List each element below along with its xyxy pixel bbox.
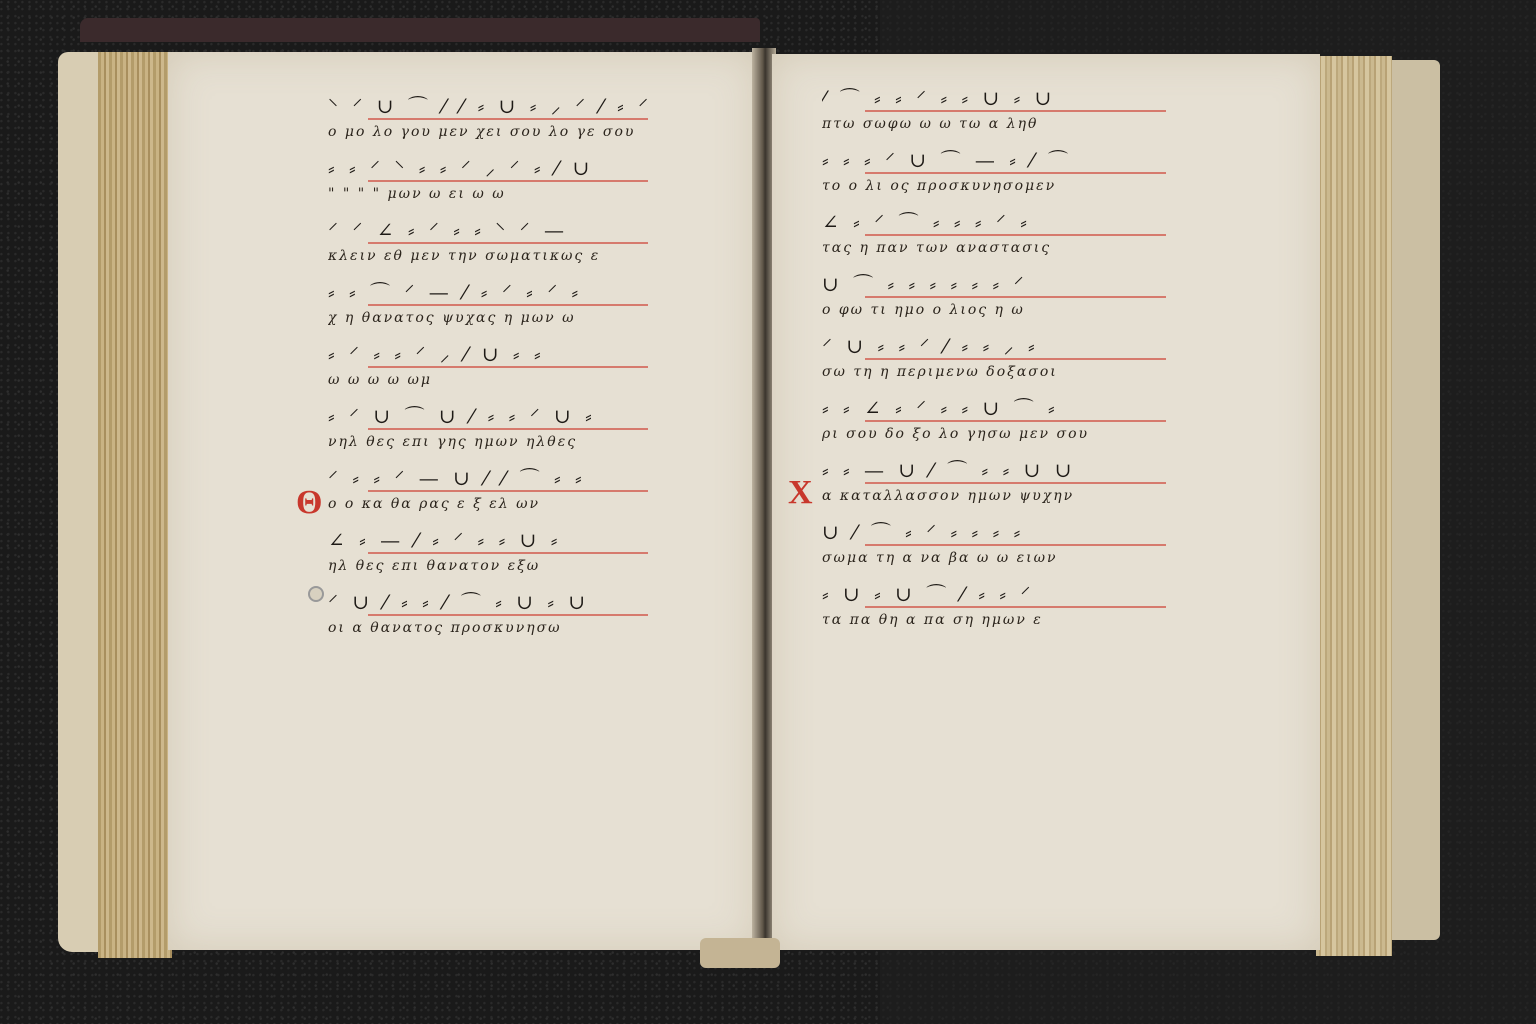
neume-line: ⸗ ⸗ ∠ ⸗ ⸍ ⸗ ⸗ ∪ ⌒ ⸗ xyxy=(822,394,1252,422)
text-line: ρι σου δο ξο λο γησω μεν σου xyxy=(822,422,1252,450)
text-line: σω τη η περιμενω δοξασοι xyxy=(822,360,1252,388)
neume-line: ∠ ⸗ ⸍ ⌒ ⸗ ⸗ ⸗ ⸍ ⸗ xyxy=(822,208,1252,236)
text-line: οι α θανατος προσκυνησω xyxy=(328,616,728,644)
red-initial-letter: Θ xyxy=(296,484,322,522)
neume-line: ∠ ⸗ — ⁄ ⸗ ⸍ ⸗ ⸗ ∪ ⸗ xyxy=(328,526,728,554)
neume-line: ⁄ ⌒ ⸗ ⸗ ⸍ ⸗ ⸗ ∪ ⸗ ∪ xyxy=(822,84,1252,112)
text-line: " " " " μων ω ει ω ω xyxy=(328,182,728,210)
text-line: ο φω τι ημο ο λιος η ω xyxy=(822,298,1252,326)
right-page-lines: ⁄ ⌒ ⸗ ⸗ ⸍ ⸗ ⸗ ∪ ⸗ ∪ πτω σωφω ω ω τω α λη… xyxy=(822,84,1252,642)
neume-line: ⸗ ⸍ ⸗ ⸗ ⸍ ⸝ ⁄ ∪ ⸗ ⸗ xyxy=(328,340,728,368)
book-cover-top xyxy=(80,18,760,42)
text-line: κλειν εθ μεν την σωματικως ε xyxy=(328,244,728,272)
neume-line: ⸍ ⸗ ⸗ ⸍ — ∪ ⁄ ⁄ ⌒ ⸗ ⸗ xyxy=(328,464,728,492)
neume-line: ⸍ ∪ ⸗ ⸗ ⸍ ⁄ ⸗ ⸗ ⸝ ⸗ xyxy=(822,332,1252,360)
neume-line: ⸗ ⸗ ⌒ ⸍ — ⁄ ⸗ ⸍ ⸗ ⸍ ⸗ xyxy=(328,278,728,306)
neume-line: ∪ ⌒ ⸗ ⸗ ⸗ ⸗ ⸗ ⸗ ⸍ xyxy=(822,270,1252,298)
neume-line: ⸗ ⸍ ∪ ⌒ ∪ ⁄ ⸗ ⸗ ⸍ ∪ ⸗ xyxy=(328,402,728,430)
neume-line: ⸍ ⸍ ∠ ⸗ ⸍ ⸗ ⸗ ⸌ ⸍ — xyxy=(328,216,728,244)
neume-line: ⸗ ⸗ — ∪ ⁄ ⌒ ⸗ ⸗ ∪ ∪ xyxy=(822,456,1252,484)
text-line: το ο λι ος προσκυνησομεν xyxy=(822,174,1252,202)
text-line: ο ο κα θα ρας ε ξ ελ ων xyxy=(328,492,728,520)
left-page-edges xyxy=(98,52,172,958)
text-line: ο μο λο γου μεν χει σου λο γε σου xyxy=(328,120,728,148)
left-page-lines: ⸌ ⸍ ∪ ⌒ ⁄ ⁄ ⸗ ∪ ⸗ ⸝ ⸍ ⁄ ⸗ ⸍ ο μο λο γου … xyxy=(328,92,728,650)
left-page: Θ ⸌ ⸍ ∪ ⌒ ⁄ ⁄ ⸗ ∪ ⸗ ⸝ ⸍ ⁄ ⸗ ⸍ ο μο λο γο… xyxy=(168,52,756,950)
text-line: σωμα τη α να βα ω ω ειων xyxy=(822,546,1252,574)
text-line: τα πα θη α πα ση ημων ε xyxy=(822,608,1252,636)
text-line: πτω σωφω ω ω τω α ληθ xyxy=(822,112,1252,140)
neume-line: ⸗ ⸗ ⸗ ⸍ ∪ ⌒ — ⸗ ⁄ ⌒ xyxy=(822,146,1252,174)
book-headband xyxy=(700,938,780,968)
text-line: α καταλλασσον ημων ψυχην xyxy=(822,484,1252,512)
neume-line: ⸗ ∪ ⸗ ∪ ⌒ ⁄ ⸗ ⸗ ⸍ xyxy=(822,580,1252,608)
text-line: τας η παν των αναστασις xyxy=(822,236,1252,264)
text-line: ω ω ω ω ωμ xyxy=(328,368,728,396)
red-initial-letter: Χ xyxy=(788,474,813,512)
right-page-edges xyxy=(1316,56,1392,956)
neume-line: ∪ ⁄ ⌒ ⸗ ⸍ ⸗ ⸗ ⸗ ⸗ xyxy=(822,518,1252,546)
neume-line: ⸌ ⸍ ∪ ⌒ ⁄ ⁄ ⸗ ∪ ⸗ ⸝ ⸍ ⁄ ⸗ ⸍ xyxy=(328,92,728,120)
text-line: χ η θανατος ψυχας η μων ω xyxy=(328,306,728,334)
neume-line: ⸍ ∪ ⁄ ⸗ ⸗ ⁄ ⌒ ⸗ ∪ ⸗ ∪ xyxy=(328,588,728,616)
right-page: Χ ⁄ ⌒ ⸗ ⸗ ⸍ ⸗ ⸗ ∪ ⸗ ∪ πτω σωφω ω ω τω α … xyxy=(772,54,1320,950)
margin-hole xyxy=(308,586,324,602)
text-line: ηλ θες επι θανατον εξω xyxy=(328,554,728,582)
text-line: νηλ θες επι γης ημων ηλθες xyxy=(328,430,728,458)
neume-line: ⸗ ⸗ ⸍ ⸌ ⸗ ⸗ ⸍ ⸝ ⸍ ⸗ ⁄ ∪ xyxy=(328,154,728,182)
